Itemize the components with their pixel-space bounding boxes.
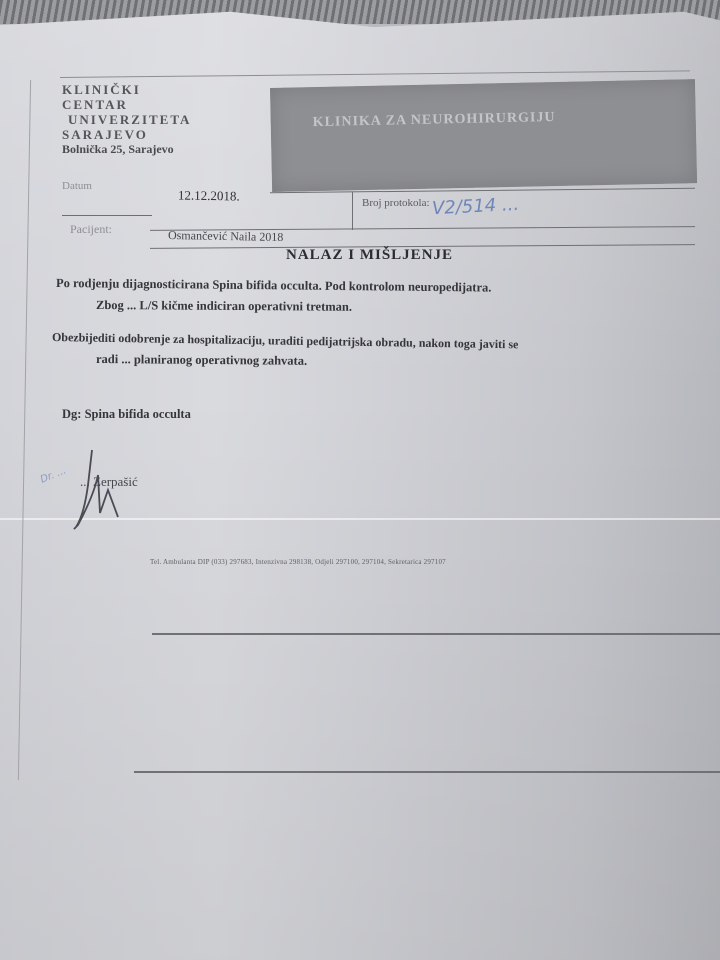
blank-rule-2 [134, 771, 720, 773]
finding-paragraph-2: Zbog ... L/S kičme indiciran operativni … [96, 298, 352, 315]
protocol-label: Broj protokola: [362, 197, 430, 209]
institution-line-2: CENTAR [62, 97, 267, 112]
date-label: Datum [62, 180, 92, 192]
institution-line-3: UNIVERZITETA [62, 112, 267, 127]
date-value: 12.12.2018. [178, 187, 240, 204]
clinic-banner: KLINIKA ZA NEUROHIRURGIJU [270, 79, 697, 192]
finding-paragraph-4: radi ... planiranog operativnog zahvata. [96, 352, 307, 369]
patient-label: Pacijent: [70, 222, 112, 237]
blank-rule-1 [152, 633, 720, 635]
signature-icon [70, 445, 130, 535]
diagnosis: Dg: Spina bifida occulta [62, 407, 191, 422]
institution-line-1: KLINIČKI [62, 82, 267, 97]
institution-address: Bolnička 25, Sarajevo [62, 142, 267, 157]
patient-name: Osmančević Naila 2018 [168, 228, 284, 245]
institution-line-4: SARAJEVO [62, 127, 267, 142]
institution-block: KLINIČKI CENTAR UNIVERZITETA SARAJEVO Bo… [62, 82, 267, 192]
clinic-banner-title: KLINIKA ZA NEUROHIRURGIJU [313, 110, 556, 131]
footer-contacts: Tel. Ambulanta DIP (033) 297683, Intenzi… [150, 558, 446, 566]
section-title: NALAZ I MIŠLJENJE [286, 247, 453, 264]
